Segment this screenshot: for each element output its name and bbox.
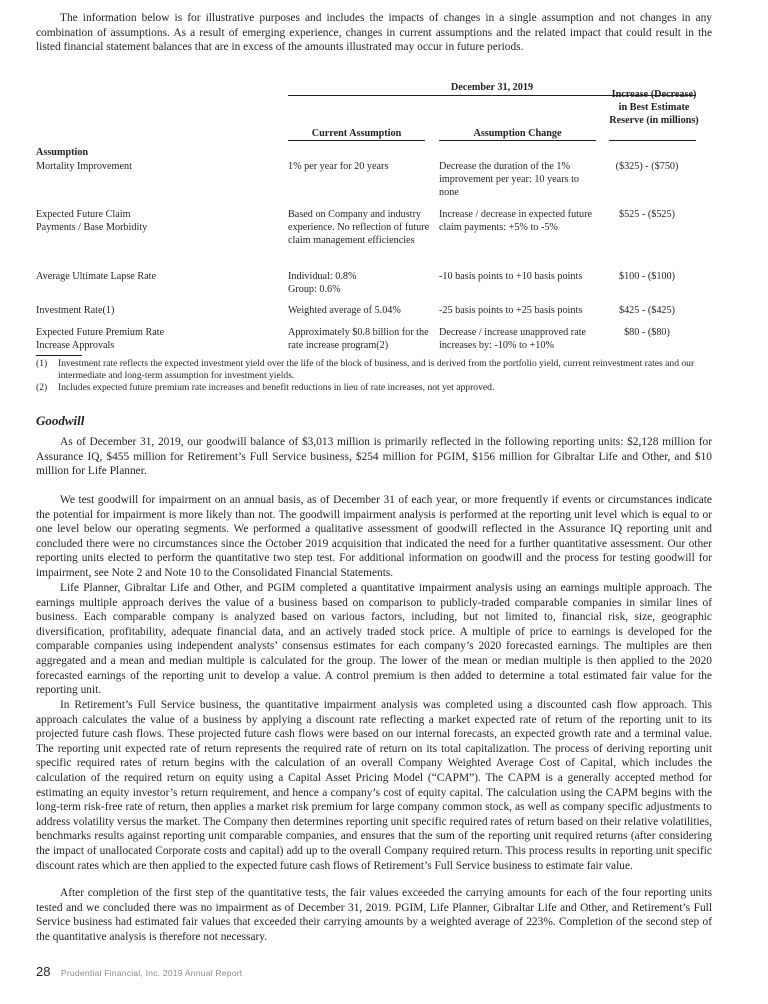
footnote-text: Includes expected future premium rate in… <box>58 382 494 393</box>
column-header-current-assumption: Current Assumption <box>288 127 425 140</box>
goodwill-paragraph: Life Planner, Gibraltar Life and Other, … <box>36 581 712 698</box>
cell-impact: $80 - ($80) <box>601 326 693 339</box>
page-number: 28 <box>36 964 50 979</box>
cell-current: Based on Company and industry experience… <box>288 208 438 247</box>
cell-change: -25 basis points to +25 basis points <box>439 304 599 317</box>
cell-impact: $425 - ($425) <box>601 304 693 317</box>
report-title: Prudential Financial, Inc. 2019 Annual R… <box>61 968 242 978</box>
footnote-number: (1) <box>36 358 47 370</box>
goodwill-paragraph: In Retirement’s Full Service business, t… <box>36 698 712 873</box>
footnote: (1) Investment rate reflects the expecte… <box>36 358 712 382</box>
page-footer: 28 Prudential Financial, Inc. 2019 Annua… <box>36 963 242 981</box>
cell-current: 1% per year for 20 years <box>288 160 438 173</box>
cell-assumption: Mortality Improvement <box>36 160 256 173</box>
cell-impact: $100 - ($100) <box>601 270 693 283</box>
goodwill-paragraph: As of December 31, 2019, our goodwill ba… <box>36 435 712 479</box>
cell-assumption: Expected Future Premium Rate Increase Ap… <box>36 326 176 352</box>
cell-assumption: Average Ultimate Lapse Rate <box>36 270 256 283</box>
cell-current: Approximately $0.8 billion for the rate … <box>288 326 438 352</box>
footnote-text: Investment rate reflects the expected in… <box>58 358 694 381</box>
cell-change: Decrease / increase unapproved rate incr… <box>439 326 589 352</box>
footnote-number: (2) <box>36 382 47 394</box>
cell-current: Individual: 0.8% Group: 0.6% <box>288 270 368 296</box>
column-header-assumption-change: Assumption Change <box>439 127 596 140</box>
row-header-assumption: Assumption <box>36 146 88 159</box>
cell-impact: ($325) - ($750) <box>601 160 693 173</box>
section-heading-goodwill: Goodwill <box>36 413 84 429</box>
cell-assumption: Investment Rate(1) <box>36 304 256 317</box>
goodwill-paragraph: After completion of the first step of th… <box>36 886 712 944</box>
cell-change: Increase / decrease in expected future c… <box>439 208 599 234</box>
cell-change: -10 basis points to +10 basis points <box>439 270 599 283</box>
column-rule <box>609 140 696 141</box>
cell-current: Weighted average of 5.04% <box>288 304 438 317</box>
cell-assumption: Expected Future Claim Payments / Base Mo… <box>36 208 166 234</box>
column-rule <box>288 140 425 141</box>
cell-impact: $525 - ($525) <box>601 208 693 221</box>
footnote-divider <box>36 355 82 356</box>
intro-paragraph: The information below is for illustrativ… <box>36 11 712 55</box>
column-rule <box>439 140 596 141</box>
cell-change: Decrease the duration of the 1% improvem… <box>439 160 599 199</box>
goodwill-paragraph: We test goodwill for impairment on an an… <box>36 493 712 581</box>
column-header-reserve-impact: Increase (Decrease) in Best Estimate Res… <box>609 88 699 127</box>
footnote: (2) Includes expected future premium rat… <box>36 382 712 394</box>
table-footnotes: (1) Investment rate reflects the expecte… <box>36 358 712 395</box>
